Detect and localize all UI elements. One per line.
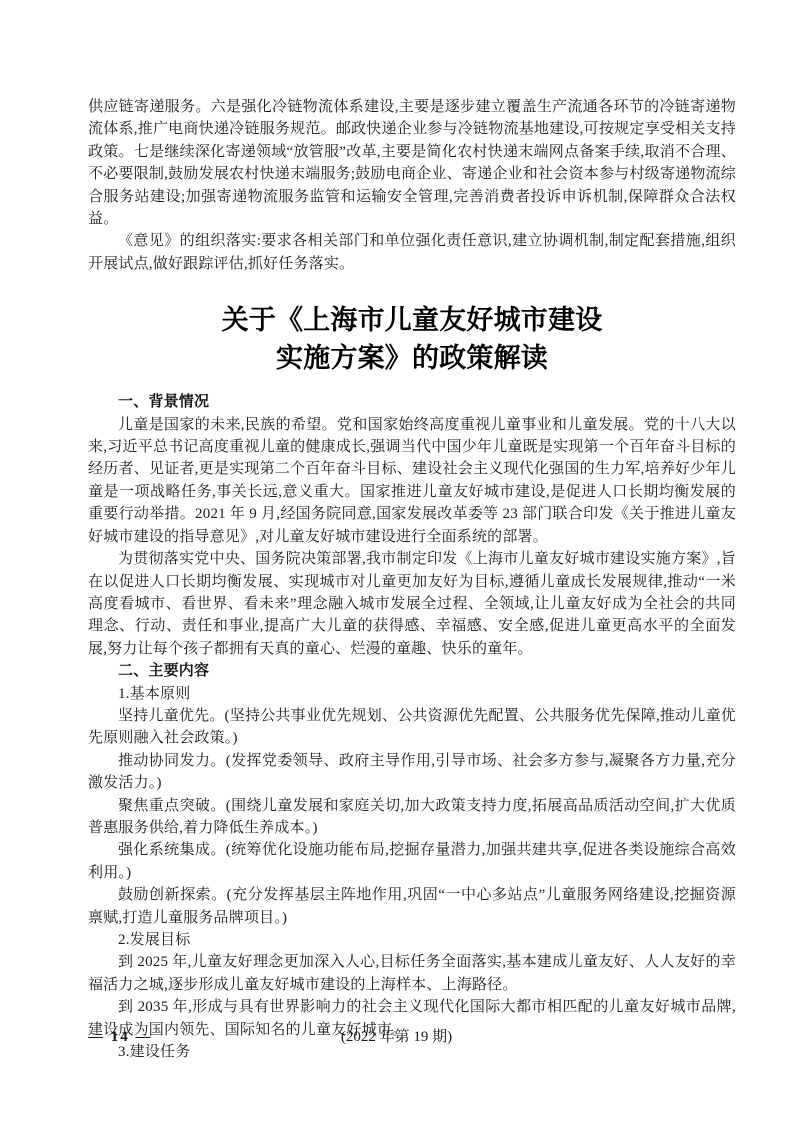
- principle-paragraph-4: 强化系统集成。(统筹优化设施功能布局,挖掘存量潜力,加强共建共享,促进各类设施综…: [88, 839, 736, 884]
- principle-paragraph-3: 聚焦重点突破。(围绕儿童发展和家庭关切,加大政策支持力度,拓展高品质活动空间,扩…: [88, 795, 736, 840]
- page-number: — 14 —: [88, 1026, 153, 1048]
- continuation-paragraph-1: 供应链寄递服务。六是强化冷链物流体系建设,主要是逐步建立覆盖生产流通各环节的冷链…: [88, 96, 736, 230]
- article-title-line-1: 关于《上海市儿童友好城市建设: [88, 301, 736, 339]
- article-title-line-2: 实施方案》的政策解读: [88, 339, 736, 377]
- principle-paragraph-2: 推动协同发力。(发挥党委领导、政府主导作用,引导市场、社会多方参与,凝聚各方力量…: [88, 750, 736, 795]
- page-footer: — 14 — (2022 年第 19 期): [0, 1026, 793, 1048]
- document-page: 供应链寄递服务。六是强化冷链物流体系建设,主要是逐步建立覆盖生产流通各环节的冷链…: [0, 0, 793, 1122]
- goal-paragraph-1: 到 2025 年,儿童友好理念更加深入人心,目标任务全面落实,基本建成儿童友好、…: [88, 951, 736, 996]
- background-paragraph-2: 为贯彻落实党中央、国务院决策部署,我市制定印发《上海市儿童友好城市建设实施方案》…: [88, 548, 736, 660]
- section-heading-content: 二、主要内容: [88, 660, 736, 682]
- continuation-paragraph-2: 《意见》的组织落实:要求各相关部门和单位强化责任意识,建立协调机制,制定配套措施…: [88, 230, 736, 275]
- principle-paragraph-5: 鼓励创新探索。(充分发挥基层主阵地作用,巩固“一中心多站点”儿童服务网络建设,挖…: [88, 884, 736, 929]
- section-heading-background: 一、背景情况: [88, 391, 736, 413]
- article-title: 关于《上海市儿童友好城市建设 实施方案》的政策解读: [88, 301, 736, 377]
- page-content: 供应链寄递服务。六是强化冷链物流体系建设,主要是逐步建立覆盖生产流通各环节的冷链…: [88, 96, 736, 1063]
- sub-heading-principles: 1.基本原则: [88, 683, 736, 705]
- background-paragraph-1: 儿童是国家的未来,民族的希望。党和国家始终高度重视儿童事业和儿童发展。党的十八大…: [88, 414, 736, 548]
- sub-heading-goals: 2.发展目标: [88, 929, 736, 951]
- principle-paragraph-1: 坚持儿童优先。(坚持公共事业优先规划、公共资源优先配置、公共服务优先保障,推动儿…: [88, 705, 736, 750]
